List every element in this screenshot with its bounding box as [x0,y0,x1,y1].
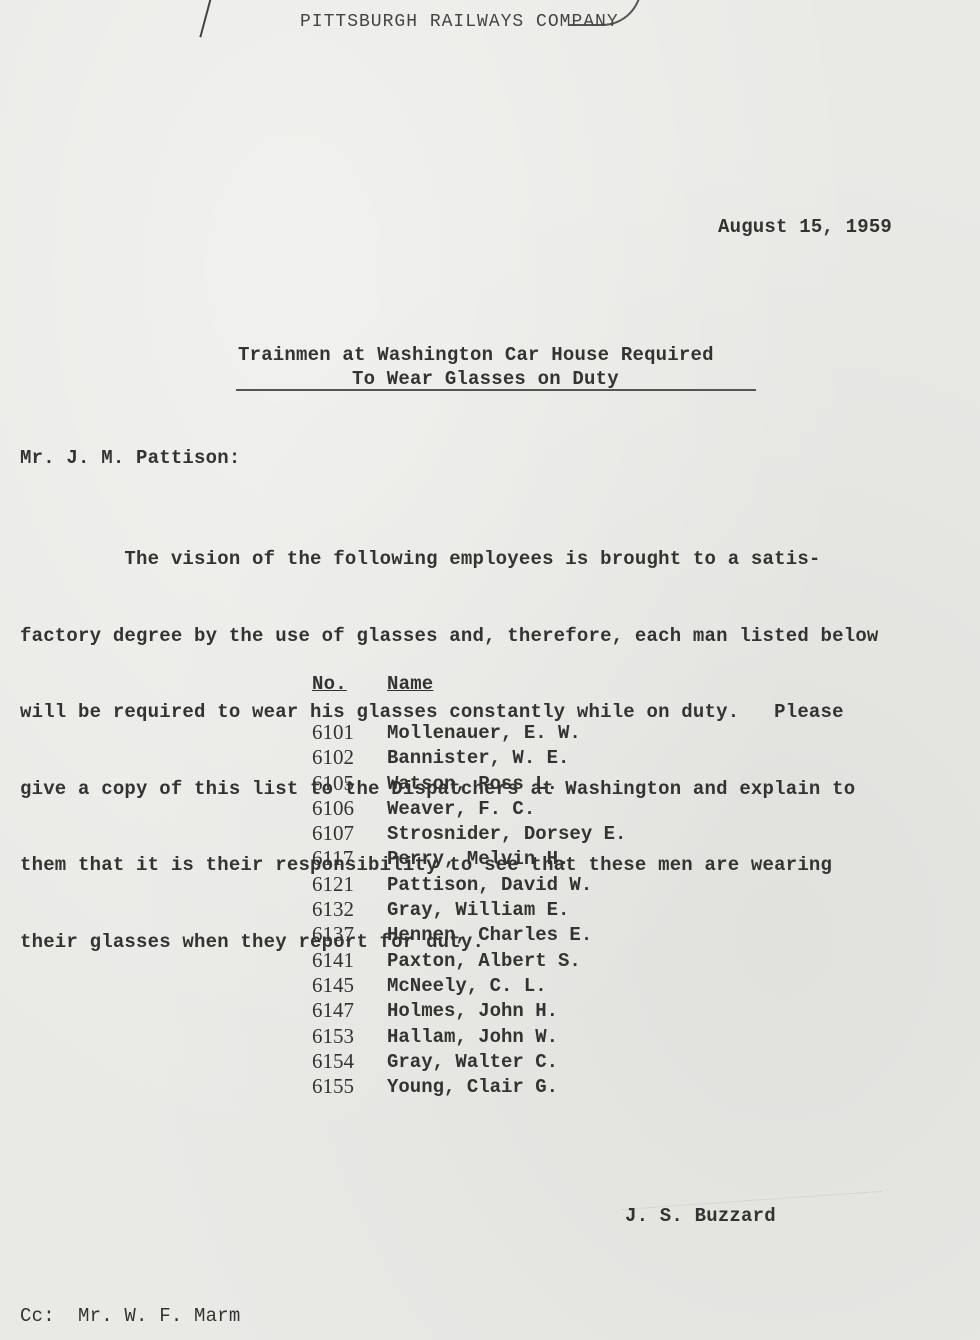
column-header-number: No. [312,673,347,695]
employee-name: Mollenauer, E. W. [387,722,581,744]
employee-name: Strosnider, Dorsey E. [387,823,626,845]
employee-name: Holmes, John H. [387,1000,558,1022]
employee-number: 6155 [312,1074,354,1099]
employee-name: Hallam, John W. [387,1026,558,1048]
employee-number: 6137 [312,922,354,947]
employee-number: 6101 [312,720,354,745]
employee-name: Weaver, F. C. [387,798,535,820]
subject-underline [236,389,756,391]
employee-number: 6154 [312,1049,354,1074]
employee-number: 6153 [312,1024,354,1049]
letter-date: August 15, 1959 [718,216,892,238]
column-header-name: Name [387,673,433,695]
handwritten-signature [619,1151,881,1210]
employee-name: McNeely, C. L. [387,975,547,997]
employee-name: Pattison, David W. [387,874,592,896]
employee-name: Bannister, W. E. [387,747,569,769]
employee-number: 6147 [312,998,354,1023]
letterhead-company: PITTSBURGH RAILWAYS COMPANY [300,12,619,32]
employee-number: 6145 [312,973,354,998]
employee-name: Gray, William E. [387,899,569,921]
handwritten-mark [199,0,212,38]
body-line: factory degree by the use of glasses and… [20,624,879,650]
signer-name: J. S. Buzzard [625,1205,776,1227]
employee-name: Hennen, Charles E. [387,924,592,946]
employee-number: 6132 [312,897,354,922]
employee-number: 6102 [312,745,354,770]
employee-number: 6106 [312,796,354,821]
employee-number: 6141 [312,948,354,973]
employee-name: Paxton, Albert S. [387,950,581,972]
salutation: Mr. J. M. Pattison: [20,447,240,469]
employee-name: Young, Clair G. [387,1076,558,1098]
employee-number: 6117 [312,846,353,871]
carbon-copy-line: Cc: Mr. W. F. Marm [20,1305,240,1327]
employee-number: 6105 [312,771,354,796]
employee-name: Watson, Ross L. [387,773,558,795]
employee-name: Gray, Walter C. [387,1051,558,1073]
subject-line-2: To Wear Glasses on Duty [352,368,619,390]
employee-name: Perry, Melvin H. [387,848,569,870]
letter-page: PITTSBURGH RAILWAYS COMPANY August 15, 1… [0,0,980,1340]
employee-number: 6107 [312,821,354,846]
subject-line-1: Trainmen at Washington Car House Require… [238,344,714,366]
body-line: The vision of the following employees is… [20,547,879,573]
employee-number: 6121 [312,872,354,897]
